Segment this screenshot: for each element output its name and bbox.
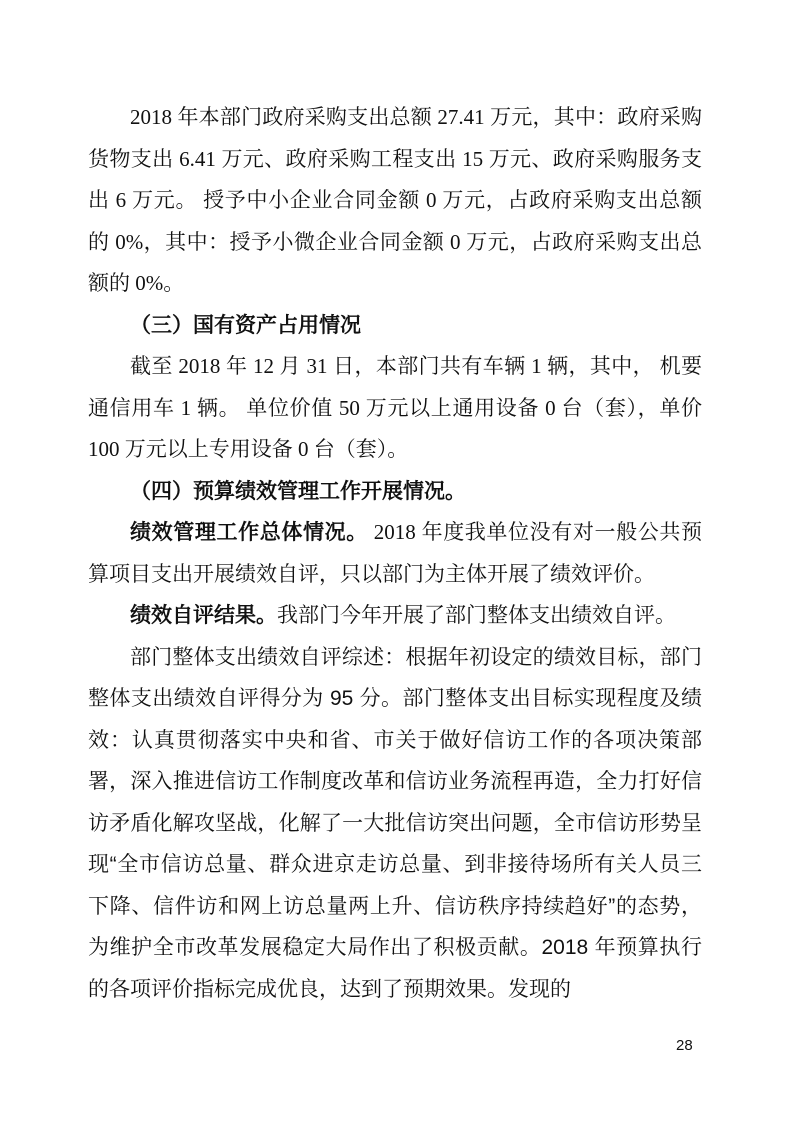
paragraph-self-evaluation-result: 绩效自评结果。我部门今年开展了部门整体支出绩效自评。 [88, 595, 702, 637]
paragraph-evaluation-summary: 部门整体支出绩效自评综述：根据年初设定的绩效目标，部门整体支出绩效自评得分为 9… [88, 637, 702, 1011]
self-evaluation-result-text: 我部门今年开展了部门整体支出绩效自评。 [277, 604, 676, 627]
lead-performance-overview: 绩效管理工作总体情况。 [130, 520, 368, 544]
paragraph-performance-overview: 绩效管理工作总体情况。 2018 年度我单位没有对一般公共预算项目支出开展绩效自… [88, 512, 702, 595]
paragraph-procurement-expenditure: 2018 年本部门政府采购支出总额 27.41 万元，其中：政府采购货物支出 6… [88, 97, 702, 305]
performance-overview-text-serif: 2018 年度我单位没有对一般公共 [368, 520, 681, 544]
paragraph-state-assets: 截至 2018 年 12 月 31 日，本部门共有车辆 1 辆，其中， 机要通信… [88, 346, 702, 471]
heading-state-assets: （三）国有资产占用情况 [88, 305, 702, 347]
heading-budget-performance: （四）预算绩效管理工作开展情况。 [88, 471, 702, 513]
lead-self-evaluation-result: 绩效自评结果。 [130, 603, 277, 627]
document-page: 2018 年本部门政府采购支出总额 27.41 万元，其中：政府采购货物支出 6… [0, 0, 793, 1122]
document-body: 2018 年本部门政府采购支出总额 27.41 万元，其中：政府采购货物支出 6… [88, 97, 702, 1010]
page-number: 28 [676, 1036, 693, 1056]
